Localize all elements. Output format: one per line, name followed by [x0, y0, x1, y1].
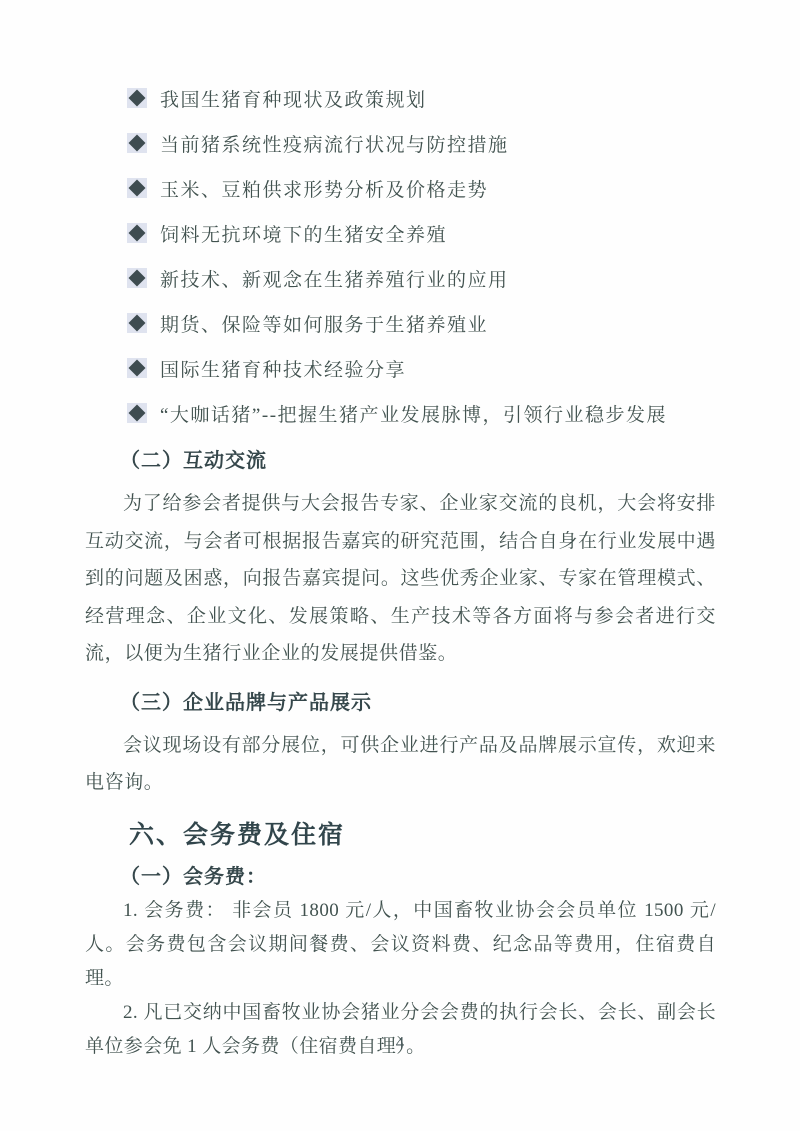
section-heading-fees: 六、会务费及住宿	[129, 817, 716, 853]
topic-item: “大咖话猪”--把握生猪产业发展脉博，引领行业稳步发展	[127, 401, 716, 425]
topic-item: 我国生猪育种现状及政策规划	[127, 86, 716, 110]
sub-heading-fee: （一）会务费：	[120, 863, 716, 891]
topic-item: 期货、保险等如何服务于生猪养殖业	[127, 311, 716, 335]
document-page: 我国生猪育种现状及政策规划 当前猪系统性疫病流行状况与防控措施 玉米、豆粕供求形…	[0, 0, 800, 1131]
topic-item: 国际生猪育种技术经验分享	[127, 356, 716, 380]
fee-item-1: 1. 会务费： 非会员 1800 元/人，中国畜牧业协会会员单位 1500 元/…	[85, 894, 716, 996]
diamond-bullet-icon	[127, 268, 147, 288]
section-heading-interaction: （二）互动交流	[120, 447, 716, 475]
page-content: 我国生猪育种现状及政策规划 当前猪系统性疫病流行状况与防控措施 玉米、豆粕供求形…	[85, 86, 716, 1064]
page-number: 4	[0, 1033, 800, 1053]
diamond-bullet-icon	[127, 358, 147, 378]
fee-item-2: 2. 凡已交纳中国畜牧业协会猪业分会会费的执行会长、会长、副会长单位参会免 1 …	[85, 996, 716, 1064]
topic-label: 玉米、豆粕供求形势分析及价格走势	[160, 175, 488, 202]
topic-item: 玉米、豆粕供求形势分析及价格走势	[127, 176, 716, 200]
topic-label: 当前猪系统性疫病流行状况与防控措施	[160, 130, 509, 157]
topic-item: 当前猪系统性疫病流行状况与防控措施	[127, 131, 716, 155]
diamond-bullet-icon	[127, 88, 147, 108]
brand-display-paragraph: 会议现场设有部分展位，可供企业进行产品及品牌展示宣传，欢迎来电咨询。	[85, 727, 716, 802]
agenda-topic-list: 我国生猪育种现状及政策规划 当前猪系统性疫病流行状况与防控措施 玉米、豆粕供求形…	[85, 86, 716, 425]
interaction-paragraph: 为了给参会者提供与大会报告专家、企业家交流的良机，大会将安排互动交流，与会者可根…	[85, 485, 716, 673]
topic-item: 饲料无抗环境下的生猪安全养殖	[127, 221, 716, 245]
topic-label: 新技术、新观念在生猪养殖行业的应用	[160, 265, 509, 292]
topic-label: 我国生猪育种现状及政策规划	[160, 85, 427, 112]
diamond-bullet-icon	[127, 313, 147, 333]
diamond-bullet-icon	[127, 403, 147, 423]
diamond-bullet-icon	[127, 133, 147, 153]
section-heading-brand-display: （三）企业品牌与产品展示	[120, 689, 716, 717]
topic-item: 新技术、新观念在生猪养殖行业的应用	[127, 266, 716, 290]
topic-label: 期货、保险等如何服务于生猪养殖业	[160, 310, 488, 337]
diamond-bullet-icon	[127, 223, 147, 243]
topic-label: “大咖话猪”--把握生猪产业发展脉博，引领行业稳步发展	[160, 400, 667, 427]
topic-label: 国际生猪育种技术经验分享	[160, 355, 406, 382]
topic-label: 饲料无抗环境下的生猪安全养殖	[160, 220, 447, 247]
diamond-bullet-icon	[127, 178, 147, 198]
